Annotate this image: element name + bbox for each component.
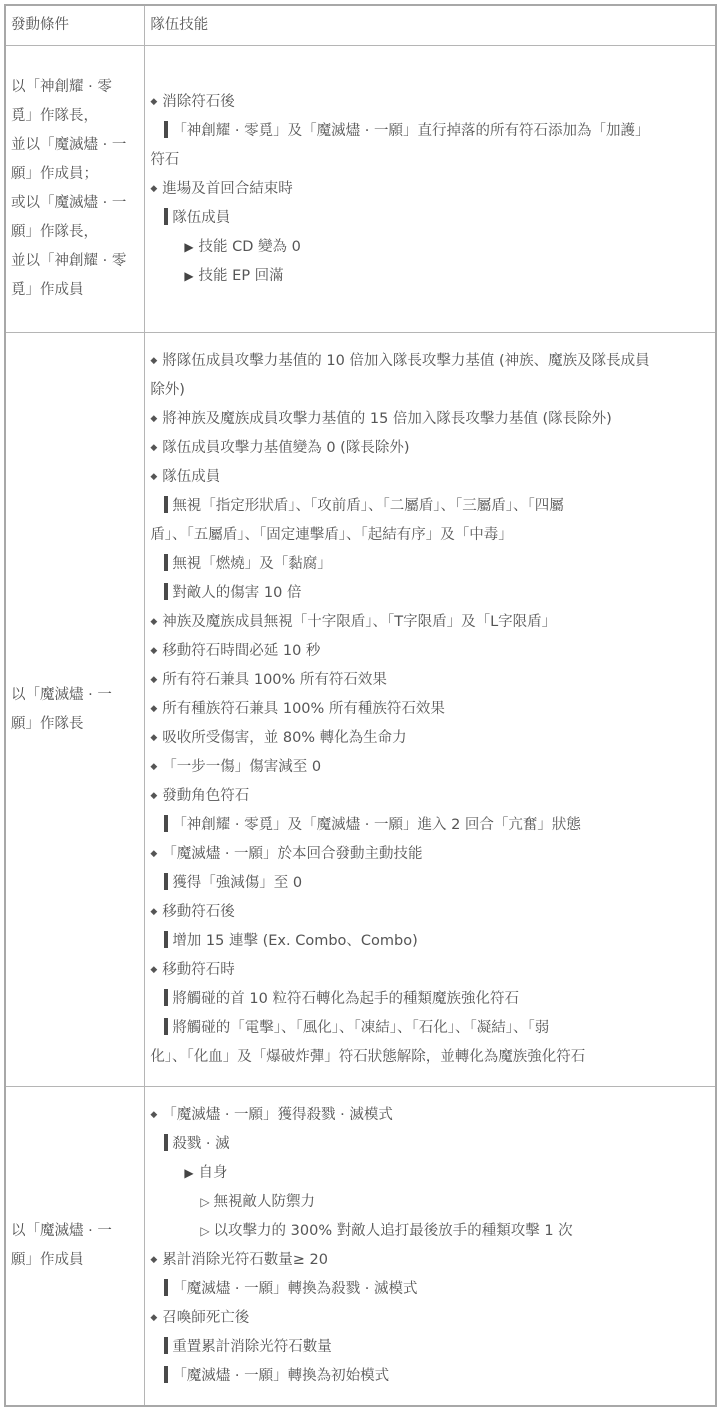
skill-text: 「神創耀 · 零覓」及「魔滅燼 · 一願」進入 2 回合「亢奮」狀態 bbox=[172, 817, 581, 833]
vertical-bar-icon bbox=[164, 1134, 168, 1151]
skill-line: ◆隊伍成員攻擊力基值變為 0 (隊長除外) bbox=[150, 434, 710, 463]
skill-text: 「魔滅燼 · 一願」獲得殺戮 · 滅模式 bbox=[162, 1107, 393, 1123]
skill-line: 獲得「強減傷」至 0 bbox=[150, 869, 710, 898]
vertical-bar-icon bbox=[164, 121, 168, 138]
skill-text: 增加 15 連擊 (Ex. Combo、Combo) bbox=[172, 933, 417, 949]
diamond-bullet-icon: ◆ bbox=[150, 753, 157, 782]
skill-line: ◆將隊伍成員攻擊力基值的 10 倍加入隊長攻擊力基值 (神族、魔族及隊長成員 bbox=[150, 347, 710, 376]
skill-line: 除外) bbox=[150, 376, 710, 405]
condition-line: 以「神創耀 · 零 bbox=[11, 73, 139, 102]
skill-line: 對敵人的傷害 10 倍 bbox=[150, 579, 710, 608]
diamond-bullet-icon: ◆ bbox=[150, 175, 157, 204]
diamond-bullet-icon: ◆ bbox=[150, 840, 157, 869]
vertical-bar-icon bbox=[164, 208, 168, 225]
condition-cell: 以「魔滅燼 · 一願」作成員 bbox=[5, 1087, 145, 1407]
skill-line: 將觸碰的首 10 粒符石轉化為起手的種類魔族強化符石 bbox=[150, 985, 710, 1014]
skill-line: ▶技能 EP 回滿 bbox=[150, 262, 710, 291]
header-condition: 發動條件 bbox=[5, 5, 145, 46]
skill-line: ◆所有種族符石兼具 100% 所有種族符石效果 bbox=[150, 695, 710, 724]
diamond-bullet-icon: ◆ bbox=[150, 347, 157, 376]
triangle-outline-icon: ▷ bbox=[200, 1217, 209, 1246]
vertical-bar-icon bbox=[164, 496, 168, 513]
condition-line: 或以「魔滅燼 · 一 bbox=[11, 189, 139, 218]
skill-line: ▷以攻擊力的 300% 對敵人追打最後放手的種類攻擊 1 次 bbox=[150, 1217, 710, 1246]
triangle-right-icon: ▶ bbox=[184, 233, 193, 262]
skill-text: 累計消除光符石數量≥ 20 bbox=[162, 1252, 328, 1268]
condition-cell: 以「神創耀 · 零覓」作隊長，並以「魔滅燼 · 一願」作成員；或以「魔滅燼 · … bbox=[5, 46, 145, 333]
skill-text: 自身 bbox=[199, 1165, 228, 1181]
header-skill: 隊伍技能 bbox=[145, 5, 716, 46]
skill-text: 重置累計消除光符石數量 bbox=[172, 1339, 332, 1355]
skill-line: ◆吸收所受傷害，並 80% 轉化為生命力 bbox=[150, 724, 710, 753]
skill-text: 所有種族符石兼具 100% 所有種族符石效果 bbox=[162, 701, 445, 717]
skill-text: 「魔滅燼 · 一願」轉換為初始模式 bbox=[172, 1368, 389, 1384]
skill-cell: ◆將隊伍成員攻擊力基值的 10 倍加入隊長攻擊力基值 (神族、魔族及隊長成員除外… bbox=[145, 333, 716, 1087]
skill-line: ◆將神族及魔族成員攻擊力基值的 15 倍加入隊長攻擊力基值 (隊長除外) bbox=[150, 405, 710, 434]
triangle-outline-icon: ▷ bbox=[200, 1188, 209, 1217]
diamond-bullet-icon: ◆ bbox=[150, 1101, 157, 1130]
vertical-bar-icon bbox=[164, 1337, 168, 1354]
table-row: 以「神創耀 · 零覓」作隊長，並以「魔滅燼 · 一願」作成員；或以「魔滅燼 · … bbox=[5, 46, 716, 333]
skill-line: ◆進場及首回合結束時 bbox=[150, 175, 710, 204]
skill-text: 隊伍成員 bbox=[162, 469, 220, 485]
skill-line: ▷無視敵人防禦力 bbox=[150, 1188, 710, 1217]
vertical-bar-icon bbox=[164, 873, 168, 890]
diamond-bullet-icon: ◆ bbox=[150, 666, 157, 695]
skill-line: 隊伍成員 bbox=[150, 204, 710, 233]
skill-line: ◆發動角色符石 bbox=[150, 782, 710, 811]
skill-text: 隊伍成員 bbox=[172, 210, 230, 226]
skill-text: 移動符石後 bbox=[162, 904, 235, 920]
table-row: 以「魔滅燼 · 一願」作隊長 ◆將隊伍成員攻擊力基值的 10 倍加入隊長攻擊力基… bbox=[5, 333, 716, 1087]
condition-cell: 以「魔滅燼 · 一願」作隊長 bbox=[5, 333, 145, 1087]
skill-line: ▶技能 CD 變為 0 bbox=[150, 233, 710, 262]
condition-line: 並以「魔滅燼 · 一 bbox=[11, 131, 139, 160]
skill-line: 將觸碰的「電擊」、「風化」、「凍結」、「石化」、「凝結」、「弱 bbox=[150, 1014, 710, 1043]
skill-line: ◆「一步一傷」傷害減至 0 bbox=[150, 753, 710, 782]
skill-line: ◆隊伍成員 bbox=[150, 463, 710, 492]
condition-line: 覓」作成員 bbox=[11, 276, 139, 305]
condition-line: 以「魔滅燼 · 一 bbox=[11, 1217, 139, 1246]
skill-text: 無視「指定形狀盾」、「攻前盾」、「二屬盾」、「三屬盾」、「四屬 bbox=[172, 498, 564, 514]
skill-text: 對敵人的傷害 10 倍 bbox=[172, 585, 301, 601]
skill-line: ◆累計消除光符石數量≥ 20 bbox=[150, 1246, 710, 1275]
diamond-bullet-icon: ◆ bbox=[150, 956, 157, 985]
vertical-bar-icon bbox=[164, 1366, 168, 1383]
diamond-bullet-icon: ◆ bbox=[150, 608, 157, 637]
skill-text: 將神族及魔族成員攻擊力基值的 15 倍加入隊長攻擊力基值 (隊長除外) bbox=[162, 411, 612, 427]
skill-text: 無視「燃燒」及「黏腐」 bbox=[172, 556, 332, 572]
skill-text: 技能 CD 變為 0 bbox=[199, 239, 301, 255]
team-skill-table: 發動條件 隊伍技能 以「神創耀 · 零覓」作隊長，並以「魔滅燼 · 一願」作成員… bbox=[4, 4, 717, 1407]
skill-text: 移動符石時間必延 10 秒 bbox=[162, 643, 320, 659]
diamond-bullet-icon: ◆ bbox=[150, 637, 157, 666]
skill-text: 移動符石時 bbox=[162, 962, 235, 978]
condition-line: 願」作隊長， bbox=[11, 218, 139, 247]
skill-line: 盾」、「五屬盾」、「固定連擊盾」、「起結有序」及「中毒」 bbox=[150, 521, 710, 550]
skill-cell: ◆消除符石後「神創耀 · 零覓」及「魔滅燼 · 一願」直行掉落的所有符石添加為「… bbox=[145, 46, 716, 333]
diamond-bullet-icon: ◆ bbox=[150, 434, 157, 463]
vertical-bar-icon bbox=[164, 815, 168, 832]
diamond-bullet-icon: ◆ bbox=[150, 405, 157, 434]
condition-line: 願」作成員； bbox=[11, 160, 139, 189]
skill-line: 「神創耀 · 零覓」及「魔滅燼 · 一願」進入 2 回合「亢奮」狀態 bbox=[150, 811, 710, 840]
vertical-bar-icon bbox=[164, 583, 168, 600]
skill-text: 盾」、「五屬盾」、「固定連擊盾」、「起結有序」及「中毒」 bbox=[150, 527, 513, 543]
skill-line: ▶自身 bbox=[150, 1159, 710, 1188]
skill-line: 無視「指定形狀盾」、「攻前盾」、「二屬盾」、「三屬盾」、「四屬 bbox=[150, 492, 710, 521]
table-row: 以「魔滅燼 · 一願」作成員 ◆「魔滅燼 · 一願」獲得殺戮 · 滅模式殺戮 ·… bbox=[5, 1087, 716, 1407]
skill-text: 符石 bbox=[150, 152, 179, 168]
skill-line: 符石 bbox=[150, 146, 710, 175]
skill-text: 「一步一傷」傷害減至 0 bbox=[162, 759, 321, 775]
vertical-bar-icon bbox=[164, 989, 168, 1006]
skill-line: ◆移動符石時 bbox=[150, 956, 710, 985]
skill-line: ◆消除符石後 bbox=[150, 88, 710, 117]
skill-text: 召喚師死亡後 bbox=[162, 1310, 249, 1326]
skill-text: 獲得「強減傷」至 0 bbox=[172, 875, 302, 891]
vertical-bar-icon bbox=[164, 1279, 168, 1296]
condition-line: 願」作成員 bbox=[11, 1246, 139, 1275]
condition-line: 以「魔滅燼 · 一 bbox=[11, 681, 139, 710]
skill-text: 神族及魔族成員無視「十字限盾」、「T字限盾」及「L字限盾」 bbox=[162, 614, 556, 630]
skill-text: 將隊伍成員攻擊力基值的 10 倍加入隊長攻擊力基值 (神族、魔族及隊長成員 bbox=[162, 353, 649, 369]
diamond-bullet-icon: ◆ bbox=[150, 724, 157, 753]
vertical-bar-icon bbox=[164, 931, 168, 948]
skill-line: ◆召喚師死亡後 bbox=[150, 1304, 710, 1333]
diamond-bullet-icon: ◆ bbox=[150, 88, 157, 117]
skill-line: ◆神族及魔族成員無視「十字限盾」、「T字限盾」及「L字限盾」 bbox=[150, 608, 710, 637]
skill-line: 「神創耀 · 零覓」及「魔滅燼 · 一願」直行掉落的所有符石添加為「加護」 bbox=[150, 117, 710, 146]
skill-line: ◆移動符石後 bbox=[150, 898, 710, 927]
skill-text: 除外) bbox=[150, 382, 185, 398]
table-header-row: 發動條件 隊伍技能 bbox=[5, 5, 716, 46]
condition-line: 願」作隊長 bbox=[11, 710, 139, 739]
diamond-bullet-icon: ◆ bbox=[150, 782, 157, 811]
skill-line: 化」、「化血」及「爆破炸彈」符石狀態解除，並轉化為魔族強化符石 bbox=[150, 1043, 710, 1072]
condition-line: 並以「神創耀 · 零 bbox=[11, 247, 139, 276]
triangle-right-icon: ▶ bbox=[184, 262, 193, 291]
skill-line: 無視「燃燒」及「黏腐」 bbox=[150, 550, 710, 579]
skill-cell: ◆「魔滅燼 · 一願」獲得殺戮 · 滅模式殺戮 · 滅▶自身▷無視敵人防禦力▷以… bbox=[145, 1087, 716, 1407]
skill-text: 將觸碰的「電擊」、「風化」、「凍結」、「石化」、「凝結」、「弱 bbox=[172, 1020, 549, 1036]
skill-text: 吸收所受傷害，並 80% 轉化為生命力 bbox=[162, 730, 406, 746]
skill-text: 化」、「化血」及「爆破炸彈」符石狀態解除，並轉化為魔族強化符石 bbox=[150, 1049, 585, 1065]
skill-text: 所有符石兼具 100% 所有符石效果 bbox=[162, 672, 387, 688]
skill-text: 技能 EP 回滿 bbox=[199, 268, 284, 284]
skill-text: 隊伍成員攻擊力基值變為 0 (隊長除外) bbox=[162, 440, 409, 456]
skill-line: 增加 15 連擊 (Ex. Combo、Combo) bbox=[150, 927, 710, 956]
diamond-bullet-icon: ◆ bbox=[150, 898, 157, 927]
skill-text: 進場及首回合結束時 bbox=[162, 181, 293, 197]
skill-text: 發動角色符石 bbox=[162, 788, 249, 804]
skill-text: 消除符石後 bbox=[162, 94, 235, 110]
skill-line: ◆「魔滅燼 · 一願」獲得殺戮 · 滅模式 bbox=[150, 1101, 710, 1130]
skill-text: 將觸碰的首 10 粒符石轉化為起手的種類魔族強化符石 bbox=[172, 991, 519, 1007]
diamond-bullet-icon: ◆ bbox=[150, 695, 157, 724]
skill-text: 殺戮 · 滅 bbox=[172, 1136, 229, 1152]
skill-line: 「魔滅燼 · 一願」轉換為初始模式 bbox=[150, 1362, 710, 1391]
skill-text: 「魔滅燼 · 一願」轉換為殺戮 · 滅模式 bbox=[172, 1281, 417, 1297]
skill-text: 以攻擊力的 300% 對敵人追打最後放手的種類攻擊 1 次 bbox=[214, 1223, 573, 1239]
skill-line: ◆所有符石兼具 100% 所有符石效果 bbox=[150, 666, 710, 695]
skill-line: ◆「魔滅燼 · 一願」於本回合發動主動技能 bbox=[150, 840, 710, 869]
triangle-right-icon: ▶ bbox=[184, 1159, 193, 1188]
skill-line: 「魔滅燼 · 一願」轉換為殺戮 · 滅模式 bbox=[150, 1275, 710, 1304]
skill-line: 重置累計消除光符石數量 bbox=[150, 1333, 710, 1362]
diamond-bullet-icon: ◆ bbox=[150, 463, 157, 492]
skill-line: ◆移動符石時間必延 10 秒 bbox=[150, 637, 710, 666]
skill-text: 「神創耀 · 零覓」及「魔滅燼 · 一願」直行掉落的所有符石添加為「加護」 bbox=[172, 123, 649, 139]
skill-line: 殺戮 · 滅 bbox=[150, 1130, 710, 1159]
diamond-bullet-icon: ◆ bbox=[150, 1246, 157, 1275]
condition-line: 覓」作隊長， bbox=[11, 102, 139, 131]
diamond-bullet-icon: ◆ bbox=[150, 1304, 157, 1333]
skill-text: 無視敵人防禦力 bbox=[214, 1194, 316, 1210]
vertical-bar-icon bbox=[164, 554, 168, 571]
vertical-bar-icon bbox=[164, 1018, 168, 1035]
skill-text: 「魔滅燼 · 一願」於本回合發動主動技能 bbox=[162, 846, 422, 862]
